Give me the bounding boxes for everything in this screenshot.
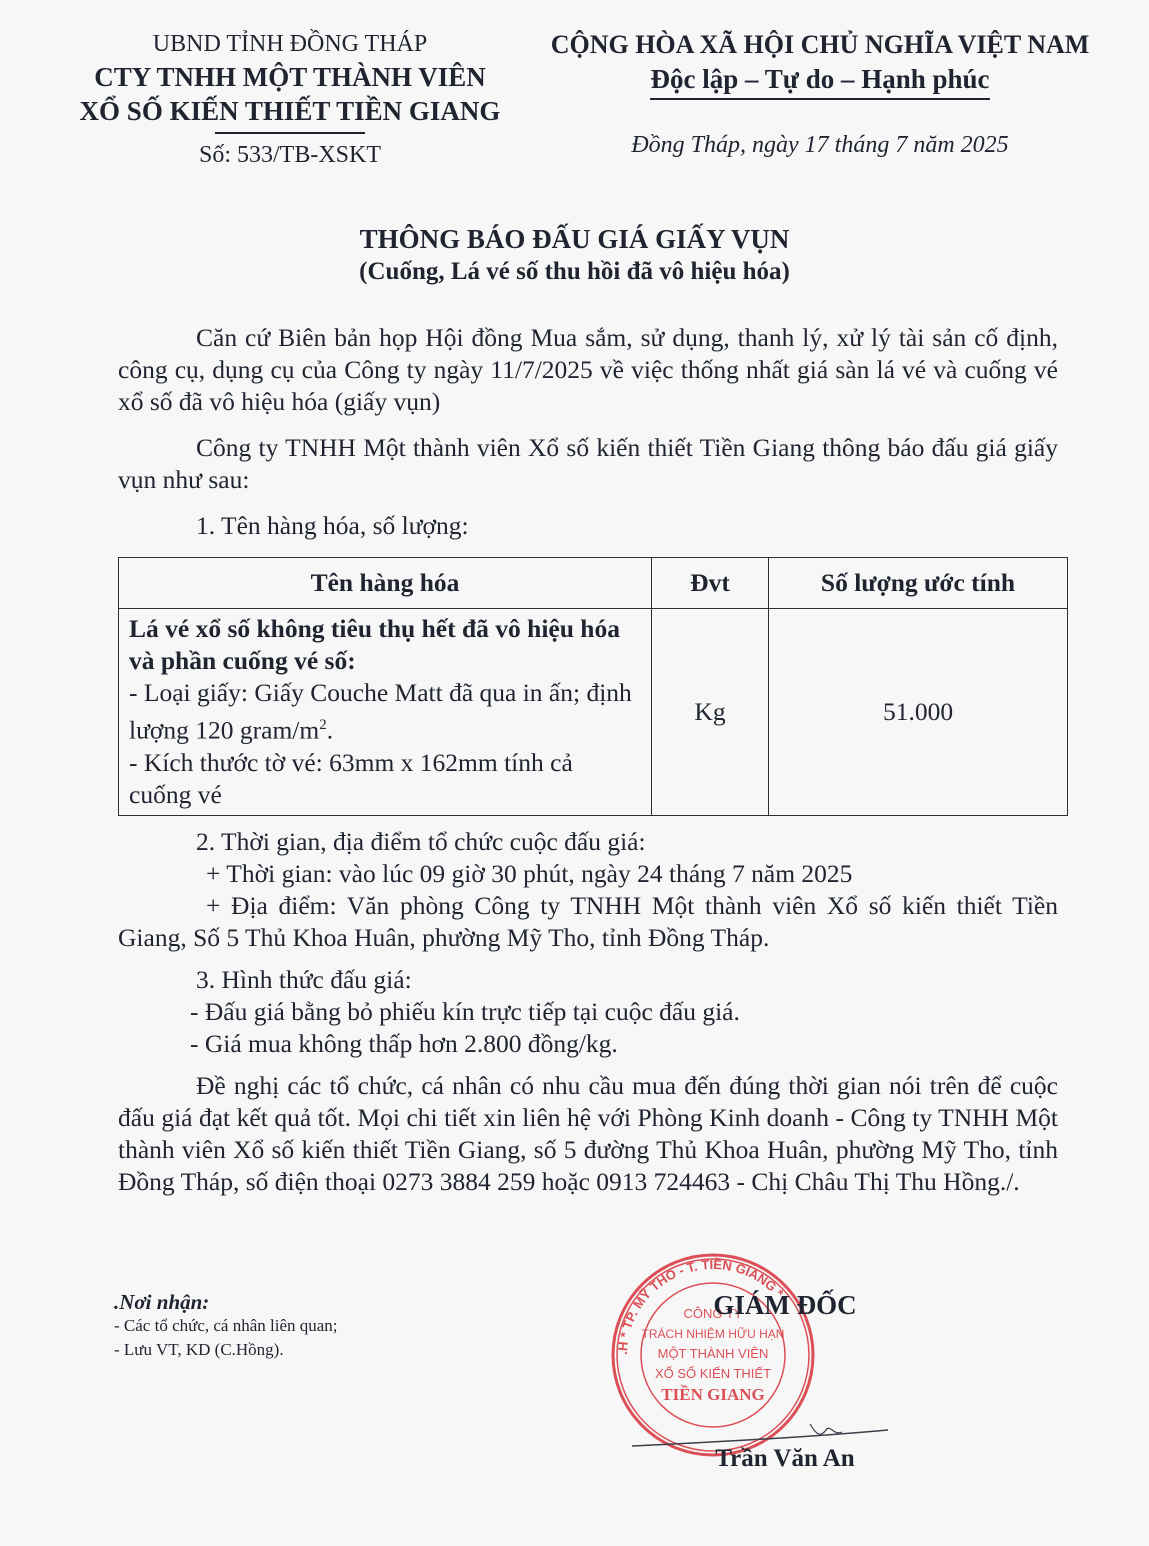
goods-description: Lá vé xổ số không tiêu thụ hết đã vô hiệ… [119,609,652,816]
document-title: THÔNG BÁO ĐẤU GIÁ GIẤY VỤN [0,222,1149,256]
goods-item-title: Lá vé xổ số không tiêu thụ hết đã vô hiệ… [129,613,641,677]
recipient-item: - Lưu VT, KD (C.Hồng). [114,1338,338,1362]
body-details: 2. Thời gian, địa điểm tổ chức cuộc đấu … [118,826,1058,1198]
section-1-heading: 1. Tên hàng hóa, số lượng: [118,510,1058,542]
nation-name: CỘNG HÒA XÃ HỘI CHỦ NGHĨA VIỆT NAM [520,28,1120,62]
header-divider [215,132,365,134]
goods-size: - Kích thước tờ vé: 63mm x 162mm tính cả… [129,747,641,811]
recipient-item: - Các tổ chức, cá nhân liên quan; [114,1314,338,1338]
auction-method-1: - Đấu giá bằng bỏ phiếu kín trực tiếp tạ… [118,996,1058,1028]
auction-method-2: - Giá mua không thấp hơn 2.800 đồng/kg. [118,1028,1058,1060]
body-intro: Căn cứ Biên bản họp Hội đồng Mua sắm, sử… [118,322,1058,542]
signature-block: GIÁM ĐỐC Trần Văn An [660,1290,910,1473]
signer-position: GIÁM ĐỐC [660,1290,910,1321]
section-2-heading: 2. Thời gian, địa điểm tổ chức cuộc đấu … [118,826,1058,858]
goods-quantity: 51.000 [769,609,1068,816]
header-goods-name: Tên hàng hóa [119,558,652,609]
document-subtitle: (Cuống, Lá vé số thu hồi đã vô hiệu hóa) [0,256,1149,288]
header-unit: Đvt [652,558,769,609]
table-row: Lá vé xổ số không tiêu thụ hết đã vô hiệ… [119,609,1068,816]
issuer-header: UBND TỈNH ĐỒNG THÁP CTY TNHH MỘT THÀNH V… [60,28,520,169]
recipients-heading: .Nơi nhận: [114,1290,338,1314]
recipients-block: .Nơi nhận: - Các tổ chức, cá nhân liên q… [114,1290,338,1362]
place-date: Đồng Tháp, ngày 17 tháng 7 năm 2025 [520,132,1120,159]
goods-paper-type: - Loại giấy: Giấy Couche Matt đã qua in … [129,677,641,747]
header-quantity: Số lượng ước tính [769,558,1068,609]
org-name-line1: CTY TNHH MỘT THÀNH VIÊN [60,60,520,94]
signer-name: Trần Văn An [660,1445,910,1473]
national-motto: Độc lập – Tự do – Hạnh phúc [650,62,989,100]
goods-unit: Kg [652,609,769,816]
legal-basis-paragraph: Căn cứ Biên bản họp Hội đồng Mua sắm, sử… [118,322,1058,418]
table-header-row: Tên hàng hóa Đvt Số lượng ước tính [119,558,1068,609]
document-title-block: THÔNG BÁO ĐẤU GIÁ GIẤY VỤN (Cuống, Lá vé… [0,222,1149,288]
document-number: Số: 533/TB-XSKT [60,142,520,169]
announcement-paragraph: Công ty TNHH Một thành viên Xổ số kiến t… [118,432,1058,496]
org-name-line2: XỔ SỐ KIẾN THIẾT TIỀN GIANG [60,94,520,128]
auction-location: + Địa điểm: Văn phòng Công ty TNHH Một t… [118,890,1058,954]
auction-time: + Thời gian: vào lúc 09 giờ 30 phút, ngà… [118,858,1058,890]
national-header: CỘNG HÒA XÃ HỘI CHỦ NGHĨA VIỆT NAM Độc l… [520,28,1120,159]
section-3-heading: 3. Hình thức đấu giá: [118,964,1058,996]
closing-paragraph: Đề nghị các tổ chức, cá nhân có nhu cầu … [118,1070,1058,1198]
goods-table: Tên hàng hóa Đvt Số lượng ước tính Lá vé… [118,557,1068,816]
authority-name: UBND TỈNH ĐỒNG THÁP [60,28,520,60]
